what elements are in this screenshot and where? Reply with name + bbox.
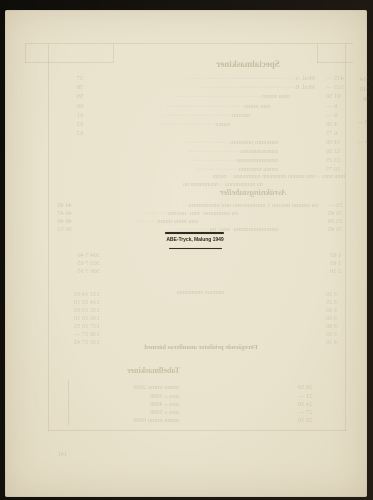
ghost-line: 133 14 65 bbox=[44, 291, 100, 298]
ghost-line: 58 bbox=[72, 84, 88, 91]
ghost-line: 138 17 — bbox=[44, 331, 100, 338]
ghost-line: 35 45 bbox=[328, 210, 352, 217]
ghost-line: 13 25 bbox=[326, 157, 352, 164]
ghost-line: nnu » 3000 bbox=[84, 393, 179, 400]
ghost-frame-line bbox=[25, 44, 26, 63]
ghost-line: 18 50 bbox=[298, 384, 324, 391]
ghost-line: nu nmnnnmn· nnu· nnunm ·········· bbox=[78, 210, 238, 217]
ghost-line: Mod. B ·································… bbox=[100, 84, 315, 91]
ghost-line: Föregående prislistor annulleras härmed bbox=[112, 344, 290, 351]
ghost-line: Specialmaskiner bbox=[196, 59, 300, 69]
ghost-frame-line bbox=[25, 62, 113, 63]
ghost-frame-line bbox=[48, 44, 49, 431]
ghost-line: nmnunnmmnnu ···················· bbox=[128, 157, 278, 164]
ghost-line: nmnnun nmnmnnnu bbox=[138, 290, 263, 297]
ghost-line: nnmmnunnmu ······················· bbox=[128, 148, 278, 155]
ghost-line: 14 50 bbox=[326, 139, 352, 146]
ghost-line: 137 16 55 bbox=[44, 323, 100, 330]
ghost-line: 35 45 bbox=[328, 226, 352, 233]
ghost-line: 304 7 40 bbox=[50, 252, 100, 259]
ghost-frame-line bbox=[25, 43, 353, 44]
ghost-line: nmuunm nnmmnu ···················· bbox=[128, 139, 278, 146]
ghost-line: 63 bbox=[72, 130, 88, 137]
ghost-line: 514 bbox=[349, 77, 369, 84]
ghost-line: 2 — bbox=[350, 140, 368, 147]
ghost-line: Avräkningstabeller bbox=[203, 188, 303, 198]
stamp-text: ABE-Tryck, Malung 1949 bbox=[164, 236, 226, 244]
ghost-line: 57 bbox=[72, 75, 88, 82]
ghost-line: 48 49 bbox=[46, 218, 72, 225]
ghost-line: 46 47 bbox=[46, 210, 72, 217]
ghost-line: nmnn nnmu 2000 bbox=[84, 384, 179, 391]
ghost-line: nmu nnm ·· nnu unmnn nmmnunn nunmmnnu ··… bbox=[100, 174, 345, 181]
ghost-line: nmnn nnmu 6000 bbox=[84, 417, 179, 424]
ghost-frame-line bbox=[113, 44, 114, 63]
stamp-rule-top bbox=[165, 232, 224, 234]
ghost-line: 1 65 bbox=[330, 252, 350, 259]
ghost-line: 1 85 bbox=[330, 260, 350, 267]
ghost-line: nu unmnn nmunn 1 nmnnumnnu nnu nmnnnmmn … bbox=[78, 202, 318, 209]
ghost-line: 3 10 bbox=[326, 291, 350, 298]
ghost-line: 60 bbox=[72, 103, 88, 110]
ghost-line: nmu nnmn ·······························… bbox=[100, 93, 290, 100]
ghost-line: 4 — bbox=[350, 120, 368, 127]
ghost-line: 3 60 bbox=[326, 315, 350, 322]
ghost-line: nnu » 4000 bbox=[84, 401, 179, 408]
ghost-line: 61 bbox=[72, 112, 88, 119]
ghost-line: 6 75 bbox=[326, 130, 352, 137]
ghost-line: 3 45 bbox=[326, 307, 350, 314]
ghost-line: nnu » 5000 bbox=[84, 409, 179, 416]
ghost-line: nnmu nnmmnu ··················· bbox=[128, 166, 278, 173]
ghost-line: nmnnu ······························· bbox=[100, 112, 250, 119]
ghost-line: 29 50 bbox=[298, 417, 324, 424]
ghost-line: 3 25 bbox=[326, 299, 350, 306]
ghost-line: 141 bbox=[47, 452, 67, 459]
ghost-line: 9 — bbox=[326, 112, 352, 119]
ghost-line: 136 16 10 bbox=[44, 315, 100, 322]
ghost-line: 55 — bbox=[328, 202, 352, 209]
ghost-line: 4 50 bbox=[326, 121, 352, 128]
stamp-rule-bottom bbox=[169, 248, 222, 250]
ghost-frame-line bbox=[317, 62, 353, 63]
ghost-line: 2 10 bbox=[330, 268, 350, 275]
ghost-line: 59 bbox=[72, 93, 88, 100]
ghost-line: 98 bbox=[349, 97, 369, 104]
ghost-line: 139 17 45 bbox=[44, 339, 100, 346]
ghost-line: 44 45 bbox=[46, 202, 72, 209]
ghost-line: 8 — bbox=[326, 103, 352, 110]
ghost-line: 27 — bbox=[298, 409, 324, 416]
ghost-line: Tabellmaskiner bbox=[100, 366, 180, 375]
ghost-line: 50 51 bbox=[46, 226, 72, 233]
ghost-line: 10 75 bbox=[326, 166, 352, 173]
ghost-line: 12 50 bbox=[326, 148, 352, 155]
ghost-line: 25 30 bbox=[328, 218, 352, 225]
ghost-line: 21 — bbox=[298, 393, 324, 400]
document-scan: Specialmaskiner57Mod. A ················… bbox=[0, 0, 373, 500]
ghost-frame-line bbox=[68, 380, 69, 425]
ghost-line: 24 50 bbox=[298, 401, 324, 408]
ghost-line: 135 15 65 bbox=[44, 307, 100, 314]
ghost-line: 306 7 95 bbox=[50, 268, 100, 275]
ghost-frame-line bbox=[48, 430, 346, 431]
ghost-line: 3 80 bbox=[326, 323, 350, 330]
ghost-line: 4 10 bbox=[326, 339, 350, 346]
ghost-line: 134 15 10 bbox=[44, 299, 100, 306]
ghost-line: nnmu ·························· bbox=[100, 121, 230, 128]
ghost-line: 515 bbox=[349, 87, 369, 94]
ghost-frame-line bbox=[317, 44, 318, 63]
ghost-line: 62 bbox=[72, 121, 88, 128]
ghost-line: nnu nnnu nnmn ·········· bbox=[78, 218, 198, 225]
ghost-line: 305 7 65 bbox=[50, 260, 100, 267]
ghost-line: 3 95 bbox=[326, 331, 350, 338]
ghost-line: Mod. A ·································… bbox=[100, 75, 315, 82]
ghost-line: nnu nmnu ·······························… bbox=[100, 103, 270, 110]
